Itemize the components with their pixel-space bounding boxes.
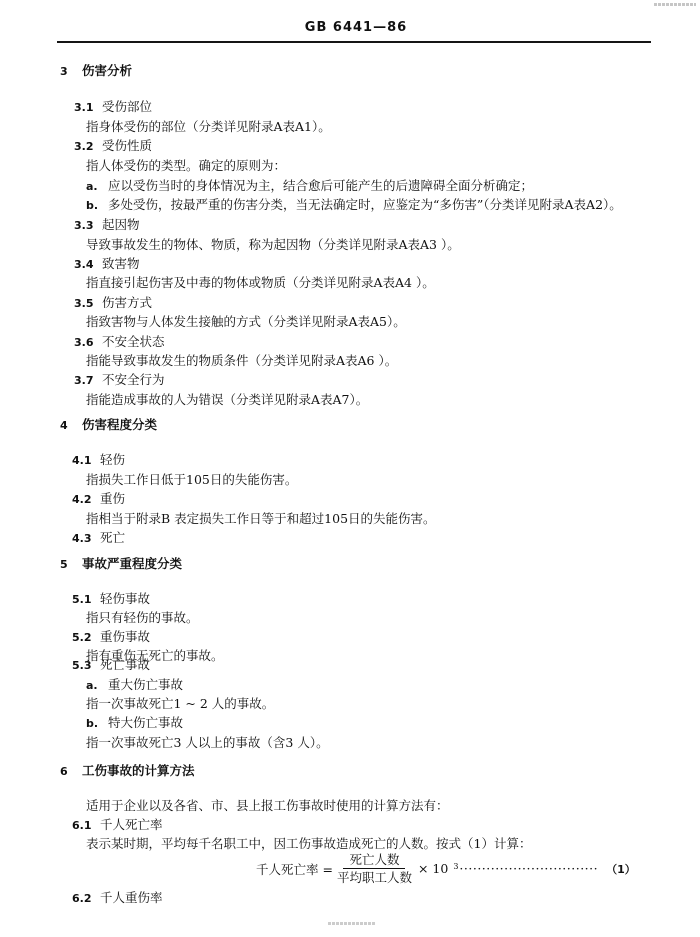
subsection-number: 4.1 — [72, 453, 100, 469]
subsection-5-1-text: 指只有轻伤的事故。 — [86, 610, 199, 626]
list-marker: a. — [86, 179, 108, 195]
subsection-3-1-heading: 3.1受伤部位 — [74, 99, 152, 116]
subsection-3-2-text: 指人体受伤的类型。确定的原则为： — [86, 158, 286, 174]
section-number: 4 — [60, 418, 82, 434]
list-item-5-3-a-text: 指一次事故死亡1 ~ 2 人的事故。 — [86, 696, 274, 712]
subsection-5-1-heading: 5.1轻伤事故 — [72, 591, 150, 608]
list-item-3-2-a: a.应以受伤当时的身体情况为主，结合愈后可能产生的后遗障碍全面分析确定； — [86, 178, 533, 195]
formula-leader-dots: ······························· — [459, 861, 598, 876]
list-marker: b. — [86, 716, 108, 732]
subsection-6-2-heading: 6.2千人重伤率 — [72, 890, 163, 907]
subsection-3-2-heading: 3.2受伤性质 — [74, 138, 152, 155]
subsection-number: 5.1 — [72, 592, 100, 608]
subsection-3-5-heading: 3.5伤害方式 — [74, 295, 152, 312]
subsection-title: 受伤性质 — [102, 138, 152, 153]
equation-number: （1） — [606, 861, 636, 877]
list-item-3-2-b: b.多处受伤，按最严重的伤害分类，当无法确定时，应鉴定为“多伤害”（分类详见附录… — [86, 197, 622, 214]
subsection-title: 轻伤 — [100, 452, 125, 467]
subsection-title: 不安全状态 — [102, 334, 165, 349]
subsection-number: 4.3 — [72, 531, 100, 547]
subsection-3-3-text: 导致事故发生的物体、物质，称为起因物（分类详见附录A表A3 ）。 — [86, 237, 460, 253]
section-6-heading: 6工伤事故的计算方法 — [60, 763, 195, 780]
subsection-title: 不安全行为 — [102, 372, 165, 387]
section-title: 工伤事故的计算方法 — [82, 763, 195, 778]
formula-exponent: 3 — [453, 862, 458, 871]
list-item-5-3-b: b.特大伤亡事故 — [86, 715, 183, 732]
subsection-title: 重伤事故 — [100, 629, 150, 644]
subsection-number: 3.7 — [74, 373, 102, 389]
subsection-4-3-heading: 4.3死亡 — [72, 530, 125, 547]
section-title: 伤害程度分类 — [82, 417, 157, 432]
subsection-title: 伤害方式 — [102, 295, 152, 310]
section-number: 6 — [60, 764, 82, 780]
subsection-number: 4.2 — [72, 492, 100, 508]
subsection-title: 千人死亡率 — [100, 817, 163, 832]
subsection-4-1-text: 指损失工作日低于105日的失能伤害。 — [86, 472, 297, 488]
watermark-top — [654, 3, 696, 6]
subsection-5-3-heading: 5.3死亡事故 — [72, 657, 150, 674]
list-marker: a. — [86, 678, 108, 694]
subsection-number: 3.1 — [74, 100, 102, 116]
list-item-title: 重大伤亡事故 — [108, 677, 183, 692]
subsection-6-1-heading: 6.1千人死亡率 — [72, 817, 163, 834]
subsection-3-1-text: 指身体受伤的部位（分类详见附录A表A1）。 — [86, 119, 331, 135]
subsection-3-5-text: 指致害物与人体发生接触的方式（分类详见附录A表A5）。 — [86, 314, 406, 330]
list-item-5-3-b-text: 指一次事故死亡3 人以上的事故（含3 人）。 — [86, 735, 329, 751]
subsection-3-6-text: 指能导致事故发生的物质条件（分类详见附录A表A6 ）。 — [86, 353, 397, 369]
formula-denominator: 平均职工人数 — [337, 869, 412, 885]
section-3-heading: 3伤害分析 — [60, 63, 132, 80]
formula-1: 千人死亡率 = 死亡人数 平均职工人数 × 10 3 ·············… — [256, 852, 636, 885]
subsection-3-7-heading: 3.7不安全行为 — [74, 372, 165, 389]
subsection-number: 5.3 — [72, 658, 100, 674]
formula-fraction: 死亡人数 平均职工人数 — [337, 852, 412, 885]
subsection-title: 受伤部位 — [102, 99, 152, 114]
subsection-number: 3.5 — [74, 296, 102, 312]
subsection-3-4-heading: 3.4致害物 — [74, 256, 140, 273]
list-item-title: 特大伤亡事故 — [108, 715, 183, 730]
subsection-4-2-heading: 4.2重伤 — [72, 491, 125, 508]
subsection-4-2-text: 指相当于附录B 表定损失工作日等于和超过105日的失能伤害。 — [86, 511, 436, 527]
formula-multiplier: × 10 — [418, 861, 448, 876]
list-item-text: 多处受伤，按最严重的伤害分类，当无法确定时，应鉴定为“多伤害”（分类详见附录A表… — [108, 197, 622, 212]
formula-lhs: 千人死亡率 = — [256, 860, 333, 878]
subsection-title: 起因物 — [102, 217, 140, 232]
subsection-number: 6.2 — [72, 891, 100, 907]
section-number: 5 — [60, 557, 82, 573]
standard-code-header: GB 6441—86 — [0, 20, 700, 35]
subsection-number: 3.4 — [74, 257, 102, 273]
subsection-number: 3.6 — [74, 335, 102, 351]
header-rule — [57, 41, 651, 43]
subsection-3-4-text: 指直接引起伤害及中毒的物体或物质（分类详见附录A表A4 ）。 — [86, 275, 435, 291]
section-4-heading: 4伤害程度分类 — [60, 417, 157, 434]
subsection-number: 6.1 — [72, 818, 100, 834]
subsection-3-6-heading: 3.6不安全状态 — [74, 334, 165, 351]
list-marker: b. — [86, 198, 108, 214]
subsection-number: 3.2 — [74, 139, 102, 155]
subsection-4-1-heading: 4.1轻伤 — [72, 452, 125, 469]
section-5-heading: 5事故严重程度分类 — [60, 556, 182, 573]
subsection-title: 重伤 — [100, 491, 125, 506]
subsection-title: 轻伤事故 — [100, 591, 150, 606]
subsection-3-3-heading: 3.3起因物 — [74, 217, 140, 234]
list-item-text: 应以受伤当时的身体情况为主，结合愈后可能产生的后遗障碍全面分析确定； — [108, 178, 533, 193]
section-title: 事故严重程度分类 — [82, 556, 182, 571]
subsection-title: 死亡事故 — [100, 657, 150, 672]
section-6-intro: 适用于企业以及各省、市、县上报工伤事故时使用的计算方法有： — [86, 798, 449, 814]
section-title: 伤害分析 — [82, 63, 132, 78]
subsection-3-7-text: 指能造成事故的人为错误（分类详见附录A表A7）。 — [86, 392, 368, 408]
list-item-5-3-a: a.重大伤亡事故 — [86, 677, 183, 694]
subsection-5-2-heading: 5.2重伤事故 — [72, 629, 150, 646]
section-number: 3 — [60, 64, 82, 80]
subsection-title: 千人重伤率 — [100, 890, 163, 905]
subsection-title: 死亡 — [100, 530, 125, 545]
watermark-bottom — [328, 922, 376, 925]
subsection-6-1-text: 表示某时期，平均每千名职工中，因工伤事故造成死亡的人数。按式（1）计算： — [86, 836, 531, 852]
subsection-number: 5.2 — [72, 630, 100, 646]
subsection-title: 致害物 — [102, 256, 140, 271]
subsection-number: 3.3 — [74, 218, 102, 234]
formula-numerator: 死亡人数 — [343, 852, 405, 869]
